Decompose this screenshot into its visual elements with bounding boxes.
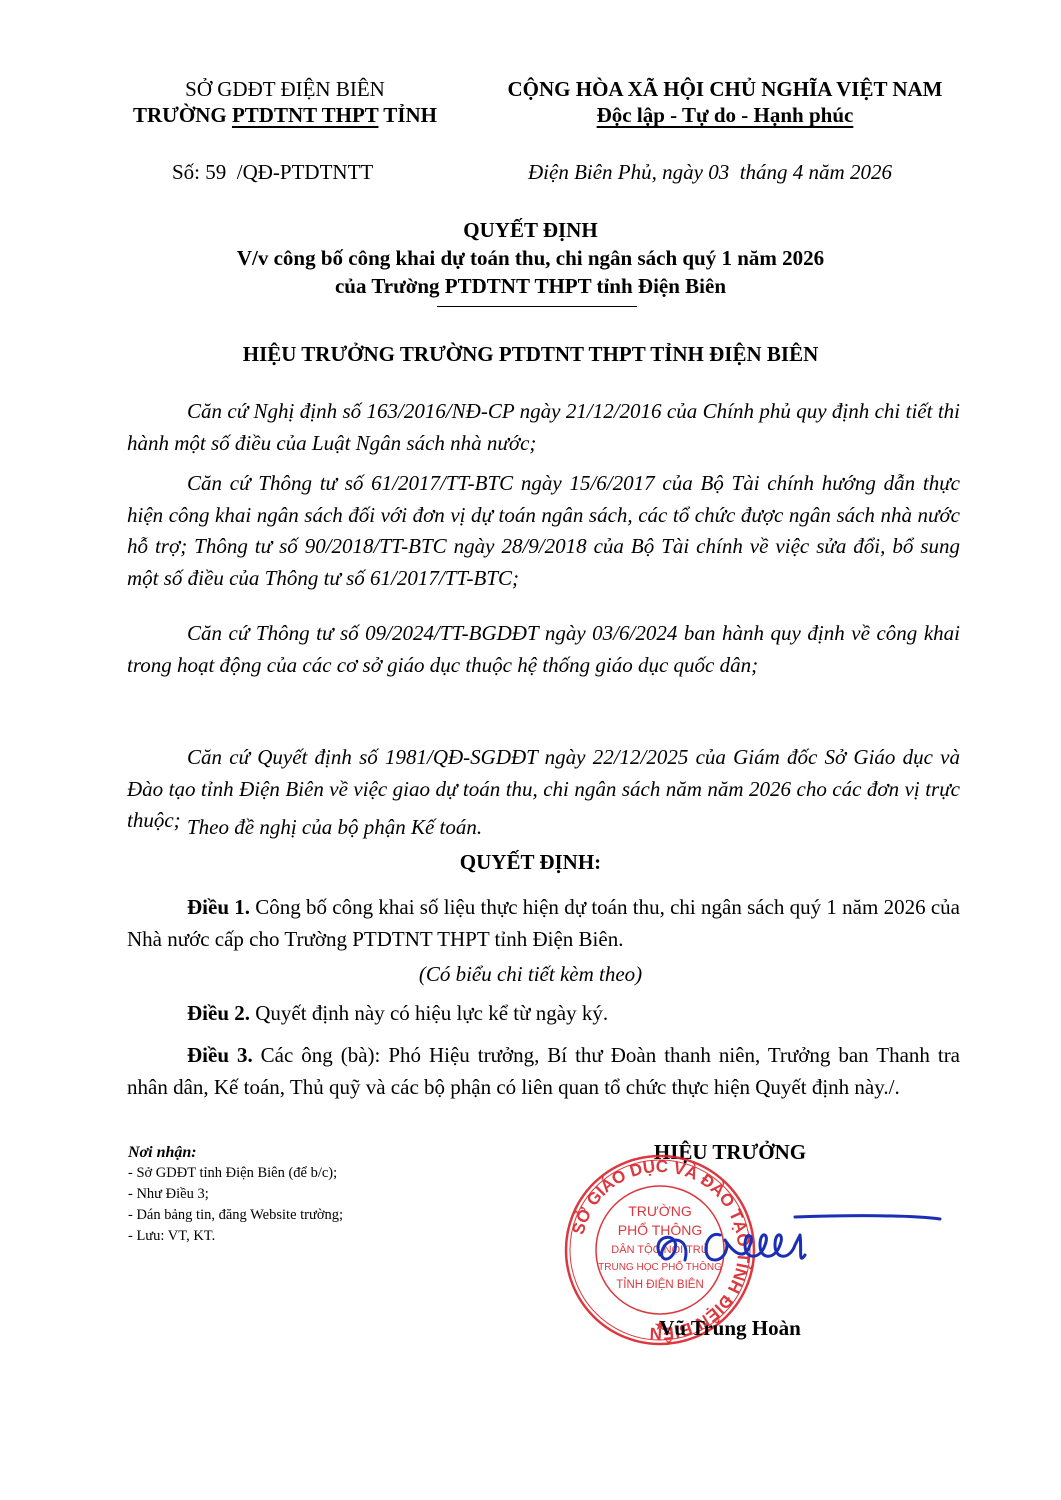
svg-text:TỈNH ĐIỆN BIÊN: TỈNH ĐIỆN BIÊN [616,1278,704,1291]
decision-heading: QUYẾT ĐỊNH: [0,850,1061,875]
preamble-2: Căn cứ Thông tư số 61/2017/TT-BTC ngày 1… [127,468,960,594]
article-1: Điều 1. Công bố công khai số liệu thực h… [127,892,960,955]
preamble-3: Căn cứ Thông tư số 09/2024/TT-BGDĐT ngày… [127,618,960,681]
subject-line-1: V/v công bố công khai dự toán thu, chi n… [0,246,1061,271]
agency-name: SỞ GDĐT ĐIỆN BIÊN [100,76,470,102]
recipient-item: - Sở GDĐT tỉnh Điện Biên (để b/c); [128,1163,343,1184]
issuing-agency-block: SỞ GDĐT ĐIỆN BIÊN TRƯỜNG PTDTNT THPT TỈN… [100,76,470,128]
title-divider [437,306,637,307]
recipient-item: - Dán bảng tin, đăng Website trường; [128,1205,343,1226]
attachment-note: (Có biểu chi tiết kèm theo) [0,962,1061,987]
preamble-1: Căn cứ Nghị định số 163/2016/NĐ-CP ngày … [127,396,960,459]
article-2: Điều 2. Quyết định này có hiệu lực kể từ… [127,998,960,1030]
issuing-authority: HIỆU TRƯỞNG TRƯỜNG PTDTNT THPT TỈNH ĐIỆN… [0,342,1061,367]
article-3: Điều 3. Các ông (bà): Phó Hiệu trưởng, B… [127,1040,960,1103]
recipient-item: - Như Điều 3; [128,1184,343,1205]
recipients-heading: Nơi nhận: [128,1142,343,1163]
school-name: TRƯỜNG PTDTNT THPT TỈNH [100,102,470,128]
country-name: CỘNG HÒA XÃ HỘI CHỦ NGHĨA VIỆT NAM [470,76,980,102]
national-motto: Độc lập - Tự do - Hạnh phúc [597,103,854,127]
document-title: QUYẾT ĐỊNH [0,218,1061,243]
national-title-block: CỘNG HÒA XÃ HỘI CHỦ NGHĨA VIỆT NAM Độc l… [470,76,980,128]
place-date: Điện Biên Phủ, ngày 03 tháng 4 năm 2026 [528,160,892,185]
document-number: Số: 59 /QĐ-PTDTNTT [172,160,373,185]
recipient-item: - Lưu: VT, KT. [128,1226,343,1247]
preamble-5: Theo đề nghị của bộ phận Kế toán. [127,812,960,844]
subject-line-2: của Trường PTDTNT THPT tỉnh Điện Biên [0,274,1061,299]
recipients-block: Nơi nhận: - Sở GDĐT tỉnh Điện Biên (để b… [128,1142,343,1247]
signer-name: Vũ Trung Hoàn [560,1316,900,1341]
handwritten-signature-icon [650,1205,950,1275]
